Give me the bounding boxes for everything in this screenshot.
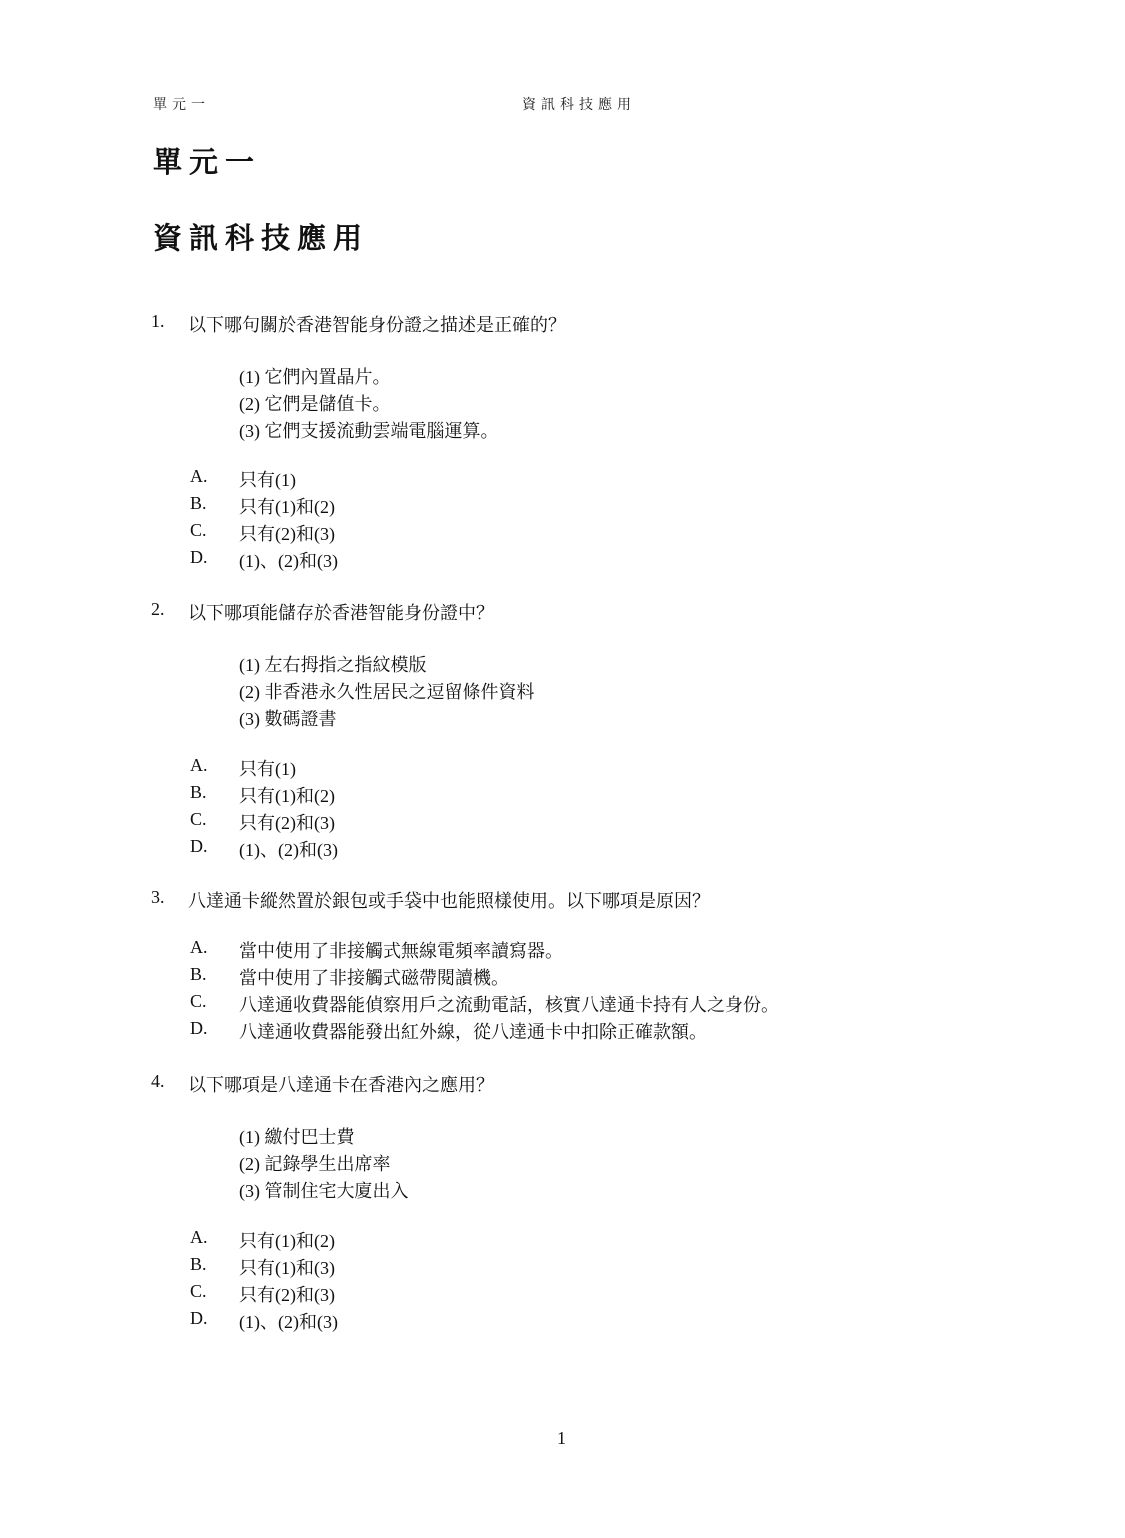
option-text: (1)、(2)和(3) <box>239 547 338 573</box>
question-text: 以下哪項能儲存於香港智能身份證中？ <box>188 599 494 625</box>
option-label: D. <box>190 1308 208 1329</box>
question-number: 1. <box>151 311 165 332</box>
question-number: 4. <box>151 1071 165 1092</box>
statement: (2) 記錄學生出席率 <box>239 1150 391 1176</box>
subject-title: 資訊科技應用 <box>153 216 369 257</box>
question-text: 以下哪項是八達通卡在香港內之應用？ <box>188 1071 494 1097</box>
option-text: 只有(1)和(2) <box>239 493 335 519</box>
page-number: 1 <box>557 1428 566 1449</box>
option-text: 八達通收費器能發出紅外線，從八達通卡中扣除正確款額。 <box>239 1018 707 1044</box>
option-label: D. <box>190 547 208 568</box>
statement: (2) 非香港永久性居民之逗留條件資料 <box>239 678 535 704</box>
option-label: B. <box>190 964 207 985</box>
option-label: A. <box>190 1227 208 1248</box>
question-number: 3. <box>151 887 165 908</box>
option-text: 只有(1)和(2) <box>239 1227 335 1253</box>
option-text: 只有(1) <box>239 466 296 492</box>
option-label: C. <box>190 991 207 1012</box>
question-number: 2. <box>151 599 165 620</box>
statement: (1) 繳付巴士費 <box>239 1123 355 1149</box>
option-text: 當中使用了非接觸式無線電頻率讀寫器。 <box>239 937 563 963</box>
question-text: 以下哪句關於香港智能身份證之描述是正確的？ <box>188 311 566 337</box>
option-text: 只有(1)和(3) <box>239 1254 335 1280</box>
option-label: C. <box>190 520 207 541</box>
option-text: 只有(1)和(2) <box>239 782 335 808</box>
option-text: 只有(2)和(3) <box>239 520 335 546</box>
statement: (1) 左右拇指之指紋模版 <box>239 651 427 677</box>
option-label: A. <box>190 937 208 958</box>
option-text: 只有(1) <box>239 755 296 781</box>
option-label: A. <box>190 755 208 776</box>
question-text: 八達通卡縱然置於銀包或手袋中也能照樣使用。以下哪項是原因？ <box>188 887 710 913</box>
option-text: 當中使用了非接觸式磁帶閱讀機。 <box>239 964 509 990</box>
option-label: B. <box>190 1254 207 1275</box>
option-text: (1)、(2)和(3) <box>239 836 338 862</box>
option-label: D. <box>190 836 208 857</box>
option-label: D. <box>190 1018 208 1039</box>
unit-title: 單元一 <box>153 140 261 181</box>
statement: (1) 它們內置晶片。 <box>239 363 391 389</box>
option-label: B. <box>190 493 207 514</box>
statement: (3) 它們支援流動雲端電腦運算。 <box>239 417 499 443</box>
option-label: B. <box>190 782 207 803</box>
option-label: A. <box>190 466 208 487</box>
statement: (3) 數碼證書 <box>239 705 337 731</box>
statement: (3) 管制住宅大廈出入 <box>239 1177 409 1203</box>
statement: (2) 它們是儲值卡。 <box>239 390 391 416</box>
running-header-right: 資訊科技應用 <box>522 94 636 114</box>
option-text: 八達通收費器能偵察用戶之流動電話，核實八達通卡持有人之身份。 <box>239 991 779 1017</box>
option-label: C. <box>190 1281 207 1302</box>
option-text: 只有(2)和(3) <box>239 809 335 835</box>
option-text: 只有(2)和(3) <box>239 1281 335 1307</box>
option-label: C. <box>190 809 207 830</box>
option-text: (1)、(2)和(3) <box>239 1308 338 1334</box>
running-header-left: 單元一 <box>153 94 210 114</box>
